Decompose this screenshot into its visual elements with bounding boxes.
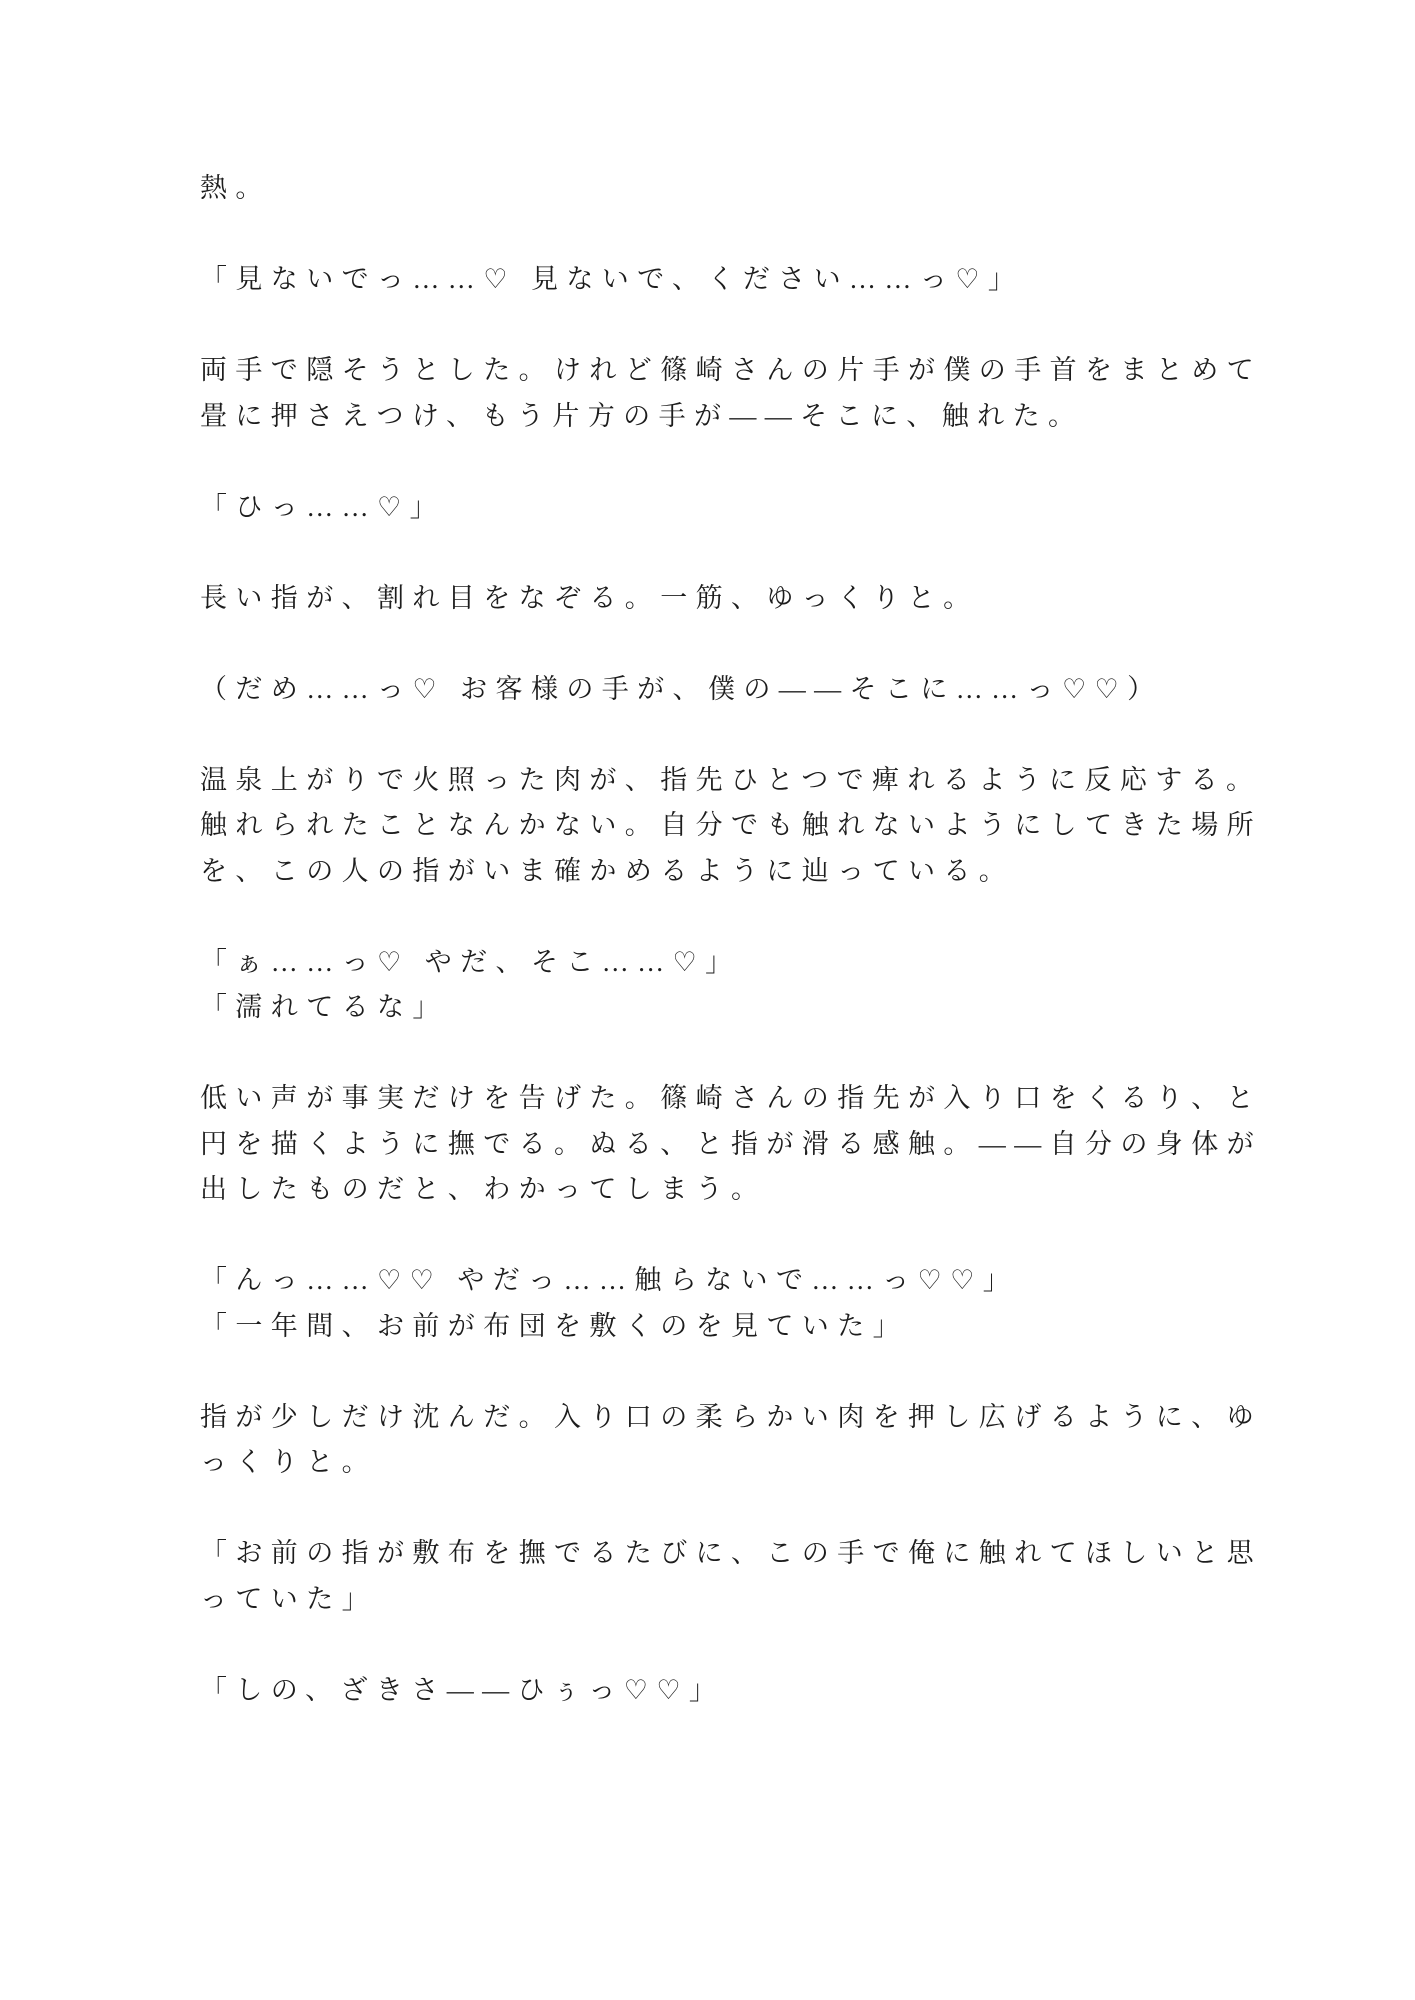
text-line: 「ひっ……♡」	[200, 485, 1270, 531]
paragraph-thought: （だめ……っ♡ お客様の手が、僕の——そこに……っ♡♡）	[200, 667, 1270, 713]
text-line: 円を描くように撫でる。ぬる、と指が滑る感触。——自分の身体が	[200, 1122, 1270, 1168]
text-line: を、この人の指がいま確かめるように辿っている。	[200, 849, 1270, 895]
text-line: 両手で隠そうとした。けれど篠崎さんの片手が僕の手首をまとめて	[200, 348, 1270, 394]
text-line: 「んっ……♡♡ やだっ……触らないで……っ♡♡」	[200, 1258, 1270, 1304]
paragraph-narration: 熱。	[200, 166, 1270, 212]
paragraph-narration: 低い声が事実だけを告げた。篠崎さんの指先が入り口をくるり、と円を描くように撫でる…	[200, 1076, 1270, 1213]
paragraph-narration: 両手で隠そうとした。けれど篠崎さんの片手が僕の手首をまとめて畳に押さえつけ、もう…	[200, 348, 1270, 439]
paragraph-narration: 指が少しだけ沈んだ。入り口の柔らかい肉を押し広げるように、ゆっくりと。	[200, 1395, 1270, 1486]
text-line: 「一年間、お前が布団を敷くのを見ていた」	[200, 1304, 1270, 1350]
text-line: 長い指が、割れ目をなぞる。一筋、ゆっくりと。	[200, 576, 1270, 622]
paragraph-dialogue: 「見ないでっ……♡ 見ないで、ください……っ♡」	[200, 257, 1270, 303]
paragraph-dialogue: 「ぁ……っ♡ やだ、そこ……♡」「濡れてるな」	[200, 940, 1270, 1031]
paragraph-narration: 長い指が、割れ目をなぞる。一筋、ゆっくりと。	[200, 576, 1270, 622]
text-line: 「しの、ざきさ——ひぅっ♡♡」	[200, 1668, 1270, 1714]
text-line: っていた」	[200, 1577, 1270, 1623]
text-line: 低い声が事実だけを告げた。篠崎さんの指先が入り口をくるり、と	[200, 1076, 1270, 1122]
text-line: 「ぁ……っ♡ やだ、そこ……♡」	[200, 940, 1270, 986]
text-line: 畳に押さえつけ、もう片方の手が——そこに、触れた。	[200, 394, 1270, 440]
paragraph-narration: 温泉上がりで火照った肉が、指先ひとつで痺れるように反応する。触れられたことなんか…	[200, 758, 1270, 895]
text-line: （だめ……っ♡ お客様の手が、僕の——そこに……っ♡♡）	[200, 667, 1270, 713]
text-line: 熱。	[200, 166, 1270, 212]
paragraph-dialogue: 「お前の指が敷布を撫でるたびに、この手で俺に触れてほしいと思っていた」	[200, 1531, 1270, 1622]
text-line: 「お前の指が敷布を撫でるたびに、この手で俺に触れてほしいと思	[200, 1531, 1270, 1577]
document-page: 熱。「見ないでっ……♡ 見ないで、ください……っ♡」両手で隠そうとした。けれど篠…	[0, 0, 1415, 2000]
text-line: 出したものだと、わかってしまう。	[200, 1167, 1270, 1213]
text-line: 「見ないでっ……♡ 見ないで、ください……っ♡」	[200, 257, 1270, 303]
paragraph-dialogue: 「しの、ざきさ——ひぅっ♡♡」	[200, 1668, 1270, 1714]
text-line: 触れられたことなんかない。自分でも触れないようにしてきた場所	[200, 803, 1270, 849]
text-line: 温泉上がりで火照った肉が、指先ひとつで痺れるように反応する。	[200, 758, 1270, 804]
text-line: 指が少しだけ沈んだ。入り口の柔らかい肉を押し広げるように、ゆ	[200, 1395, 1270, 1441]
text-line: っくりと。	[200, 1440, 1270, 1486]
text-body: 熱。「見ないでっ……♡ 見ないで、ください……っ♡」両手で隠そうとした。けれど篠…	[200, 166, 1270, 1713]
paragraph-dialogue: 「んっ……♡♡ やだっ……触らないで……っ♡♡」「一年間、お前が布団を敷くのを見…	[200, 1258, 1270, 1349]
text-line: 「濡れてるな」	[200, 985, 1270, 1031]
paragraph-dialogue: 「ひっ……♡」	[200, 485, 1270, 531]
